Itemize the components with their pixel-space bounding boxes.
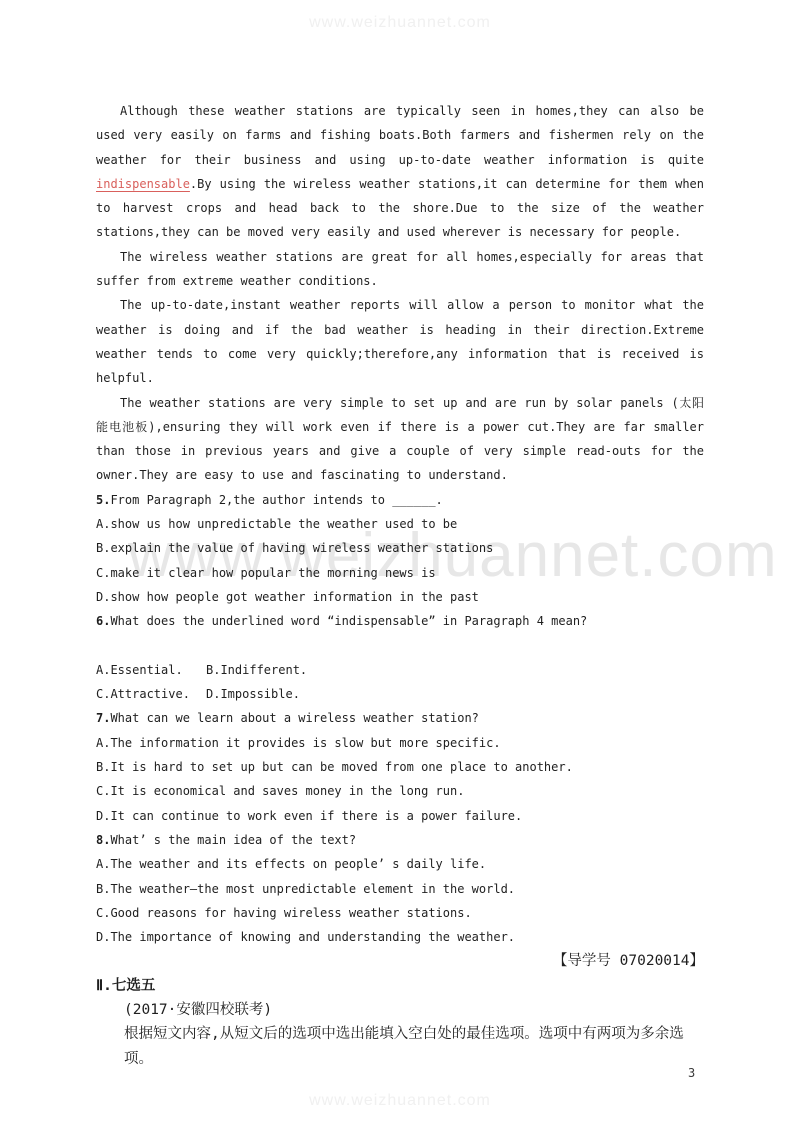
question-6-option-c: C.Attractive. (96, 682, 206, 706)
question-8-text: What’ s the main idea of the text? (110, 833, 356, 847)
document-page: www.weizhuannet.com www.weizhuannet.com … (0, 0, 800, 1132)
question-7: 7.What can we learn about a wireless wea… (96, 706, 704, 730)
question-5-text: From Paragraph 2,the author intends to _… (110, 493, 442, 507)
document-content: Although these weather stations are typi… (96, 99, 704, 1071)
question-7-option-a: A.The information it provides is slow bu… (96, 731, 704, 755)
guide-number: 【导学号 07020014】 (96, 949, 704, 973)
page-number: 3 (688, 1066, 695, 1080)
question-8-option-d: D.The importance of knowing and understa… (96, 925, 704, 949)
question-7-option-b: B.It is hard to set up but can be moved … (96, 755, 704, 779)
watermark-top: www.weizhuannet.com (0, 14, 800, 32)
question-6-options-row-1: A.Essential.B.Indifferent. (96, 658, 704, 682)
question-6: 6.What does the underlined word “indispe… (96, 609, 704, 633)
watermark-bottom: www.weizhuannet.com (0, 1092, 800, 1110)
blank-line (96, 634, 704, 658)
passage-paragraph-2: The wireless weather stations are great … (96, 245, 704, 294)
section-2-source: (2017·安徽四校联考) (96, 998, 704, 1022)
question-5: 5.From Paragraph 2,the author intends to… (96, 488, 704, 512)
paragraph-1-text-before: Although these weather stations are typi… (96, 104, 704, 167)
question-6-text: What does the underlined word “indispens… (110, 614, 587, 628)
question-6-option-b: B.Indifferent. (206, 663, 307, 677)
question-7-option-d: D.It can continue to work even if there … (96, 804, 704, 828)
question-5-number: 5. (96, 493, 110, 507)
question-8: 8.What’ s the main idea of the text? (96, 828, 704, 852)
passage-paragraph-1: Although these weather stations are typi… (96, 99, 704, 245)
question-8-option-a: A.The weather and its effects on people’… (96, 852, 704, 876)
question-6-option-a: A.Essential. (96, 658, 206, 682)
question-8-option-b: B.The weather—the most unpredictable ele… (96, 877, 704, 901)
question-5-option-c: C.make it clear how popular the morning … (96, 561, 704, 585)
question-7-number: 7. (96, 711, 110, 725)
section-2-heading: Ⅱ.七选五 (96, 974, 704, 998)
question-5-option-a: A.show us how unpredictable the weather … (96, 512, 704, 536)
underlined-word-indispensable: indispensable (96, 177, 190, 191)
passage-paragraph-3: The up-to-date,instant weather reports w… (96, 293, 704, 390)
section-2-instruction: 根据短文内容,从短文后的选项中选出能填入空白处的最佳选项。选项中有两项为多余选项… (96, 1022, 704, 1071)
question-7-text: What can we learn about a wireless weath… (110, 711, 478, 725)
passage-paragraph-4: The weather stations are very simple to … (96, 391, 704, 488)
question-6-options-row-2: C.Attractive.D.Impossible. (96, 682, 704, 706)
question-6-option-d: D.Impossible. (206, 687, 300, 701)
question-6-number: 6. (96, 614, 110, 628)
question-8-number: 8. (96, 833, 110, 847)
question-5-option-d: D.show how people got weather informatio… (96, 585, 704, 609)
question-7-option-c: C.It is economical and saves money in th… (96, 779, 704, 803)
question-5-option-b: B.explain the value of having wireless w… (96, 536, 704, 560)
question-8-option-c: C.Good reasons for having wireless weath… (96, 901, 704, 925)
